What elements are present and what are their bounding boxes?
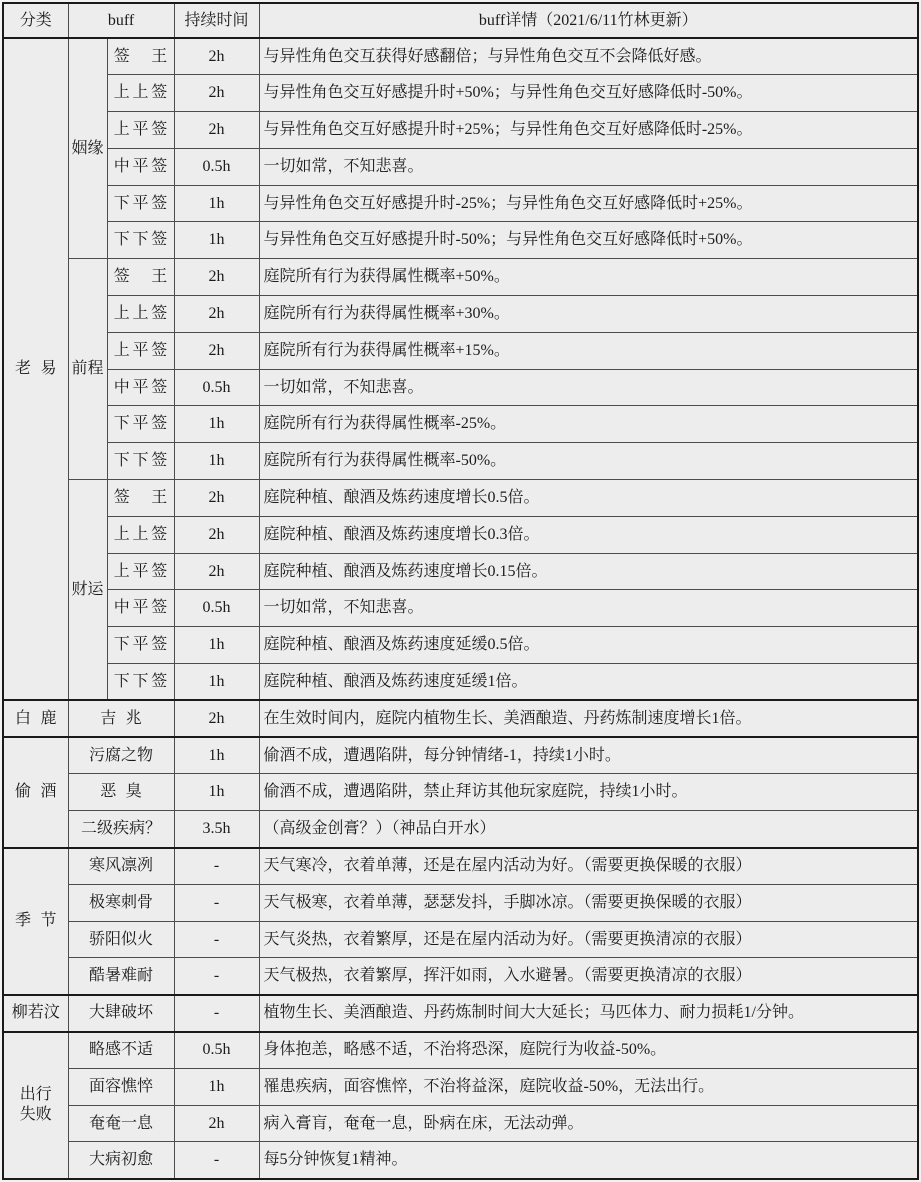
buff-name-cell: 下下签 xyxy=(107,443,174,480)
duration-cell: - xyxy=(174,921,259,958)
duration-cell: 1h xyxy=(174,664,259,701)
buff-name-cell: 上上签 xyxy=(107,75,174,112)
duration-cell: 1h xyxy=(174,737,259,774)
duration-cell: - xyxy=(174,884,259,921)
category-label: 白鹿 xyxy=(15,709,57,729)
buff-name-cell: 下平签 xyxy=(107,185,174,222)
detail-cell: 庭院所有行为获得属性概率+50%。 xyxy=(259,259,918,296)
detail-cell: 与异性角色交互好感提升时-25%；与异性角色交互好感降低时+25%。 xyxy=(259,185,918,222)
duration-cell: 1h xyxy=(174,222,259,259)
detail-cell: 偷酒不成，遭遇陷阱，禁止拜访其他玩家庭院，持续1小时。 xyxy=(259,774,918,811)
buff-row: 中平签 0.5h 一切如常，不知悲喜。 xyxy=(3,590,918,627)
buff-row: 恶臭 1h 偷酒不成，遭遇陷阱，禁止拜访其他玩家庭院，持续1小时。 xyxy=(3,774,918,811)
buff-row: 上上签 2h 庭院所有行为获得属性概率+30%。 xyxy=(3,296,918,333)
buff-name-cell: 签王 xyxy=(107,480,174,517)
detail-cell: 天气寒冷，衣着单薄，还是在屋内活动为好。（需要更换保暖的衣服） xyxy=(259,848,918,885)
buff-name-cell: 上平签 xyxy=(107,553,174,590)
buff-row: 柳若汶 大肆破坏 - 植物生长、美酒酿造、丹药炼制时间大大延长；马匹体力、耐力损… xyxy=(3,995,918,1032)
buff-name-cell: 签王 xyxy=(107,38,174,75)
duration-cell: 2h xyxy=(174,480,259,517)
buff-row: 中平签 0.5h 一切如常，不知悲喜。 xyxy=(3,148,918,185)
buff-row: 下平签 1h 与异性角色交互好感提升时-25%；与异性角色交互好感降低时+25%… xyxy=(3,185,918,222)
detail-cell: 病入膏肓，奄奄一息，卧病在床，无法动弹。 xyxy=(259,1105,918,1142)
duration-cell: 1h xyxy=(174,1068,259,1105)
duration-cell: 2h xyxy=(174,112,259,149)
duration-cell: 1h xyxy=(174,406,259,443)
detail-cell: 天气炎热，衣着繁厚，还是在屋内活动为好。（需要更换清凉的衣服） xyxy=(259,921,918,958)
buff-row: 下下签 1h 与异性角色交互好感提升时-50%；与异性角色交互好感降低时+50%… xyxy=(3,222,918,259)
buff-row: 下平签 1h 庭院种植、酿酒及炼药速度延缓0.5倍。 xyxy=(3,627,918,664)
duration-cell: 1h xyxy=(174,443,259,480)
buff-row: 下下签 1h 庭院所有行为获得属性概率-50%。 xyxy=(3,443,918,480)
category-cell: 老易 xyxy=(3,38,68,700)
buff-row: 出行失败 略感不适 0.5h 身体抱恙，略感不适，不治将恐深，庭院行为收益-50… xyxy=(3,1032,918,1069)
buff-row: 上平签 2h 与异性角色交互好感提升时+25%；与异性角色交互好感降低时-25%… xyxy=(3,112,918,149)
buff-name-cell: 中平签 xyxy=(107,590,174,627)
duration-cell: 0.5h xyxy=(174,590,259,627)
buff-name-cell: 上平签 xyxy=(107,332,174,369)
buff-name-cell: 吉兆 xyxy=(68,700,174,737)
duration-cell: 2h xyxy=(174,700,259,737)
buff-row: 下下签 1h 庭院种植、酿酒及炼药速度延缓1倍。 xyxy=(3,664,918,701)
buff-name-cell: 上上签 xyxy=(107,516,174,553)
buff-name-cell: 酷暑难耐 xyxy=(68,958,174,995)
detail-cell: 一切如常，不知悲喜。 xyxy=(259,590,918,627)
detail-cell: 身体抱恙，略感不适，不治将恐深，庭院行为收益-50%。 xyxy=(259,1032,918,1069)
buff-row: 财运 签王 2h 庭院种植、酿酒及炼药速度增长0.5倍。 xyxy=(3,480,918,517)
detail-cell: 在生效时间内，庭院内植物生长、美酒酿造、丹药炼制速度增长1倍。 xyxy=(259,700,918,737)
detail-cell: （高级金创膏？）（神品白开水） xyxy=(259,811,918,848)
detail-cell: 罹患疾病，面容憔悴，不治将益深，庭院收益-50%，无法出行。 xyxy=(259,1068,918,1105)
duration-cell: 2h xyxy=(174,1105,259,1142)
buff-row: 下平签 1h 庭院所有行为获得属性概率-25%。 xyxy=(3,406,918,443)
duration-cell: 0.5h xyxy=(174,1032,259,1069)
detail-cell: 庭院种植、酿酒及炼药速度延缓1倍。 xyxy=(259,664,918,701)
buff-name-cell: 面容憔悴 xyxy=(68,1068,174,1105)
buff-name-cell: 骄阳似火 xyxy=(68,921,174,958)
buff-name-cell: 寒风凛冽 xyxy=(68,848,174,885)
buff-name-cell: 大病初愈 xyxy=(68,1142,174,1179)
detail-cell: 庭院所有行为获得属性概率+30%。 xyxy=(259,296,918,333)
subgroup-cell: 财运 xyxy=(68,480,107,701)
duration-cell: 0.5h xyxy=(174,148,259,185)
detail-cell: 庭院种植、酿酒及炼药速度增长0.15倍。 xyxy=(259,553,918,590)
buff-row: 面容憔悴 1h 罹患疾病，面容憔悴，不治将益深，庭院收益-50%，无法出行。 xyxy=(3,1068,918,1105)
category-label: 老易 xyxy=(15,359,57,379)
duration-cell: 2h xyxy=(174,75,259,112)
buff-name-cell: 二级疾病？ xyxy=(68,811,174,848)
detail-cell: 偷酒不成，遭遇陷阱，每分钟情绪-1，持续1小时。 xyxy=(259,737,918,774)
duration-cell: 2h xyxy=(174,332,259,369)
buff-row: 上上签 2h 与异性角色交互好感提升时+50%；与异性角色交互好感降低时-50%… xyxy=(3,75,918,112)
detail-cell: 天气极寒，衣着单薄，瑟瑟发抖，手脚冰凉。（需要更换保暖的衣服） xyxy=(259,884,918,921)
duration-cell: 2h xyxy=(174,516,259,553)
duration-cell: - xyxy=(174,995,259,1032)
duration-cell: - xyxy=(174,1142,259,1179)
duration-cell: 2h xyxy=(174,296,259,333)
duration-cell: 2h xyxy=(174,259,259,296)
duration-cell: 1h xyxy=(174,774,259,811)
buff-row: 骄阳似火 - 天气炎热，衣着繁厚，还是在屋内活动为好。（需要更换清凉的衣服） xyxy=(3,921,918,958)
detail-cell: 庭院种植、酿酒及炼药速度增长0.5倍。 xyxy=(259,480,918,517)
category-label: 季节 xyxy=(15,911,57,931)
page: 分类 buff 持续时间 buff详情（2021/6/11竹林更新） 老易 姻缘… xyxy=(0,0,921,1182)
category-cell: 偷酒 xyxy=(3,737,68,847)
buff-row: 白鹿 吉兆 2h 在生效时间内，庭院内植物生长、美酒酿造、丹药炼制速度增长1倍。 xyxy=(3,700,918,737)
buff-row: 酷暑难耐 - 天气极热，衣着繁厚，挥汗如雨，入水避暑。（需要更换清凉的衣服） xyxy=(3,958,918,995)
buff-name-cell: 中平签 xyxy=(107,369,174,406)
detail-cell: 植物生长、美酒酿造、丹药炼制时间大大延长；马匹体力、耐力损耗1/分钟。 xyxy=(259,995,918,1032)
buff-name-cell: 大肆破坏 xyxy=(68,995,174,1032)
subgroup-cell: 前程 xyxy=(68,259,107,480)
buff-row: 前程 签王 2h 庭院所有行为获得属性概率+50%。 xyxy=(3,259,918,296)
buff-name-cell: 下平签 xyxy=(107,627,174,664)
duration-cell: 3.5h xyxy=(174,811,259,848)
detail-cell: 与异性角色交互好感提升时+50%；与异性角色交互好感降低时-50%。 xyxy=(259,75,918,112)
subgroup-cell: 姻缘 xyxy=(68,38,107,259)
buff-row: 偷酒 污腐之物 1h 偷酒不成，遭遇陷阱，每分钟情绪-1，持续1小时。 xyxy=(3,737,918,774)
buff-name-cell: 签王 xyxy=(107,259,174,296)
buff-row: 极寒刺骨 - 天气极寒，衣着单薄，瑟瑟发抖，手脚冰凉。（需要更换保暖的衣服） xyxy=(3,884,918,921)
buff-name-cell: 下下签 xyxy=(107,222,174,259)
buff-row: 上上签 2h 庭院种植、酿酒及炼药速度增长0.3倍。 xyxy=(3,516,918,553)
duration-cell: 1h xyxy=(174,185,259,222)
buff-name-cell: 下下签 xyxy=(107,664,174,701)
buff-name-cell: 下平签 xyxy=(107,406,174,443)
detail-cell: 庭院所有行为获得属性概率-25%。 xyxy=(259,406,918,443)
detail-cell: 与异性角色交互好感提升时+25%；与异性角色交互好感降低时-25%。 xyxy=(259,112,918,149)
buff-name-cell: 极寒刺骨 xyxy=(68,884,174,921)
table-header-row: 分类 buff 持续时间 buff详情（2021/6/11竹林更新） xyxy=(3,3,918,38)
detail-cell: 庭院种植、酿酒及炼药速度增长0.3倍。 xyxy=(259,516,918,553)
buff-name-cell: 奄奄一息 xyxy=(68,1105,174,1142)
duration-cell: 2h xyxy=(174,553,259,590)
buff-name-cell: 略感不适 xyxy=(68,1032,174,1069)
buff-row: 大病初愈 - 每5分钟恢复1精神。 xyxy=(3,1142,918,1179)
buff-name-cell: 上上签 xyxy=(107,296,174,333)
buff-row: 奄奄一息 2h 病入膏肓，奄奄一息，卧病在床，无法动弹。 xyxy=(3,1105,918,1142)
buff-name-cell: 中平签 xyxy=(107,148,174,185)
buff-row: 上平签 2h 庭院种植、酿酒及炼药速度增长0.15倍。 xyxy=(3,553,918,590)
detail-cell: 庭院所有行为获得属性概率-50%。 xyxy=(259,443,918,480)
buff-row: 季节 寒风凛冽 - 天气寒冷，衣着单薄，还是在屋内活动为好。（需要更换保暖的衣服… xyxy=(3,848,918,885)
category-label: 出行失败 xyxy=(19,1085,53,1125)
header-duration: 持续时间 xyxy=(174,3,259,38)
buff-row: 上平签 2h 庭院所有行为获得属性概率+15%。 xyxy=(3,332,918,369)
buff-name-cell: 上平签 xyxy=(107,112,174,149)
detail-cell: 庭院所有行为获得属性概率+15%。 xyxy=(259,332,918,369)
header-detail: buff详情（2021/6/11竹林更新） xyxy=(259,3,918,38)
buff-row: 二级疾病？ 3.5h （高级金创膏？）（神品白开水） xyxy=(3,811,918,848)
buff-table: 分类 buff 持续时间 buff详情（2021/6/11竹林更新） 老易 姻缘… xyxy=(2,2,919,1180)
detail-cell: 一切如常，不知悲喜。 xyxy=(259,148,918,185)
header-category: 分类 xyxy=(3,3,68,38)
category-label: 偷酒 xyxy=(15,782,57,802)
duration-cell: - xyxy=(174,848,259,885)
detail-cell: 天气极热，衣着繁厚，挥汗如雨，入水避暑。（需要更换清凉的衣服） xyxy=(259,958,918,995)
duration-cell: 2h xyxy=(174,38,259,75)
detail-cell: 与异性角色交互获得好感翻倍；与异性角色交互不会降低好感。 xyxy=(259,38,918,75)
detail-cell: 庭院种植、酿酒及炼药速度延缓0.5倍。 xyxy=(259,627,918,664)
buff-name-cell: 污腐之物 xyxy=(68,737,174,774)
buff-row: 中平签 0.5h 一切如常，不知悲喜。 xyxy=(3,369,918,406)
category-cell: 白鹿 xyxy=(3,700,68,737)
header-buff: buff xyxy=(68,3,174,38)
duration-cell: 1h xyxy=(174,627,259,664)
category-cell: 柳若汶 xyxy=(3,995,68,1032)
duration-cell: 0.5h xyxy=(174,369,259,406)
buff-name-cell: 恶臭 xyxy=(68,774,174,811)
detail-cell: 与异性角色交互好感提升时-50%；与异性角色交互好感降低时+50%。 xyxy=(259,222,918,259)
detail-cell: 一切如常，不知悲喜。 xyxy=(259,369,918,406)
detail-cell: 每5分钟恢复1精神。 xyxy=(259,1142,918,1179)
category-cell: 出行失败 xyxy=(3,1032,68,1179)
duration-cell: - xyxy=(174,958,259,995)
buff-row: 老易 姻缘 签王 2h 与异性角色交互获得好感翻倍；与异性角色交互不会降低好感。 xyxy=(3,38,918,75)
category-cell: 季节 xyxy=(3,848,68,995)
